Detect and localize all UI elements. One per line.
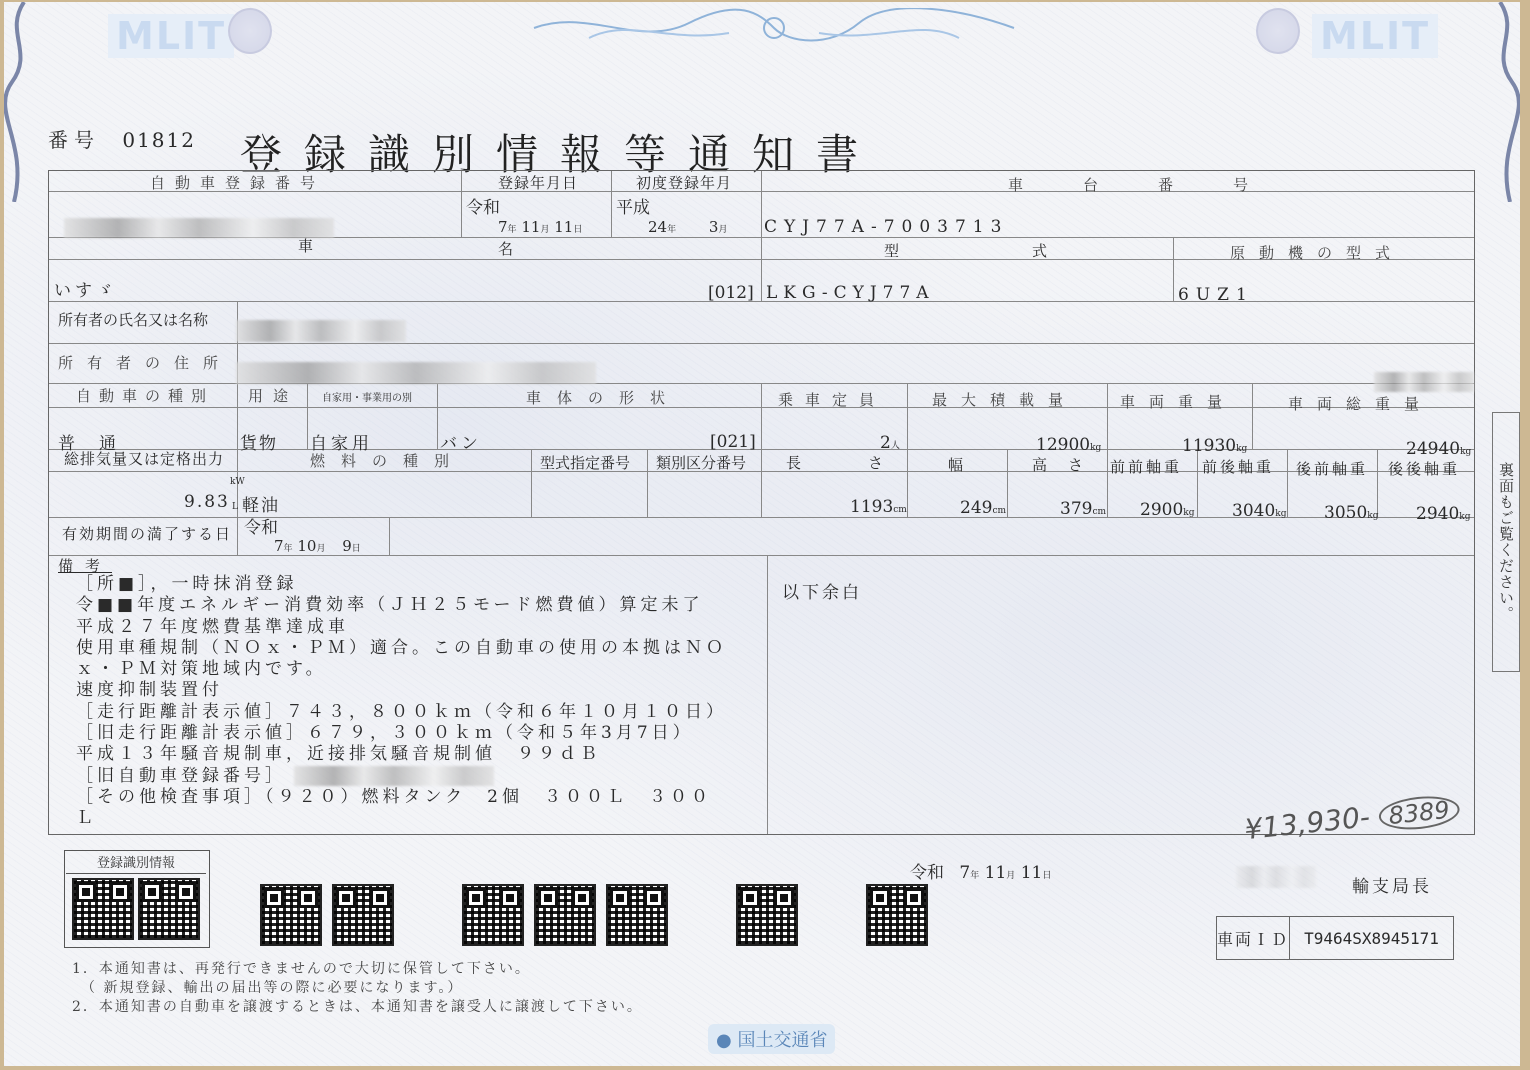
remarks-line: 令■■年度エネルギー消費効率（ＪＨ２５モード燃費値）算定未了 (76, 595, 727, 616)
doc-number-value: 01812 (122, 128, 196, 152)
height-label-b: さ (1068, 454, 1083, 475)
mlit-watermark-left: MLIT (108, 14, 234, 58)
max-load-value: 12900kg (1036, 435, 1101, 455)
capacity-label: 乗車定員 (778, 389, 886, 410)
car-name-label-a: 車 (298, 235, 313, 256)
body-shape-label: 車体の形状 (526, 387, 681, 408)
model-designation-label: 型式指定番号 (540, 452, 630, 473)
use-value: 貨物 (240, 429, 278, 454)
use-label: 用途 (248, 385, 298, 406)
length-label-a: 長 (786, 452, 801, 473)
capacity-value: 2人 (880, 433, 900, 453)
model-code: [012] (708, 283, 754, 303)
note-line: 1．本通知書は、再発行できませんので大切に保管して下さい。 (72, 960, 643, 979)
qr-code-icon (534, 884, 596, 946)
rr-axle-value: 2940kg (1416, 504, 1470, 524)
chassis-number: CYJ77A-7003713 (764, 217, 1008, 237)
remarks-body: ［所■］，一時抹消登録 令■■年度エネルギー消費効率（ＪＨ２５モード燃費値）算定… (76, 574, 727, 830)
car-name-label-b: 名 (498, 238, 513, 259)
ornament-icon (529, 8, 1019, 48)
width-value: 249cm (960, 498, 1006, 518)
fr-axle-value: 3040kg (1232, 501, 1286, 521)
redacted-stamp (1374, 372, 1474, 392)
emblem-icon (1256, 8, 1300, 54)
ministry-emblem-icon: ● (716, 1030, 732, 1051)
length-value: 1193cm (850, 497, 907, 517)
owner-name-label: 所有者の氏名又は名称 (58, 309, 208, 330)
expiry-label: 有効期間の満了する日 (62, 523, 232, 544)
rf-axle-value: 3050kg (1324, 503, 1378, 523)
qr-code-icon (332, 884, 394, 946)
remarks-line: ［旧走行距離計表示値］６７９，３００ｋｍ（令和５年3月7日） (76, 723, 727, 744)
owner-address-label: 所有者の住所 (58, 352, 232, 373)
reg-number-label: 自動車登録番号 (150, 172, 325, 193)
certificate-paper: MLIT MLIT 番号 01812 登録識別情報等通知書 (4, 2, 1520, 1066)
fuel-type-label: 燃料の種別 (310, 450, 465, 471)
height-label-a: 高 (1032, 454, 1047, 475)
first-reg-label: 初度登録年月 (636, 172, 732, 193)
rf-axle-label: 後前軸重 (1296, 458, 1368, 479)
issue-date: 令和 7年 11月 11日 (910, 858, 1051, 883)
remarks-label: 備考 (58, 555, 112, 576)
model-label-b: 式 (1032, 240, 1047, 261)
engine-value: 6UZ1 (1178, 285, 1254, 305)
vehicle-id-value: T9464SX8945171 (1290, 917, 1453, 959)
expiry-era: 令和 (244, 513, 278, 538)
max-load-label: 最大積載量 (932, 389, 1077, 410)
body-code: [021] (710, 432, 756, 452)
mlit-watermark-right: MLIT (1312, 14, 1438, 58)
displacement-unit-l: L (232, 502, 238, 512)
vehicle-weight-label: 車両重量 (1120, 391, 1236, 412)
remarks-line: 速度抑制装置付 (76, 680, 727, 701)
note-line: （ 新規登録、輸出の届出等の際に必要になります。） (72, 979, 643, 998)
height-value: 379cm (1060, 499, 1106, 519)
displacement-label: 総排気量又は定格出力 (64, 448, 224, 469)
width-label: 幅 (948, 454, 963, 475)
see-reverse-note: 裏面もご覧ください。 (1492, 412, 1520, 672)
blank-note: 以下余白 (782, 578, 862, 603)
qr-code-icon (138, 878, 200, 940)
first-reg-era: 平成 (616, 193, 650, 218)
ff-axle-label: 前前軸重 (1110, 456, 1182, 477)
vehicle-weight-value: 11930kg (1182, 436, 1247, 456)
chassis-label: 車台番号 (1008, 174, 1308, 195)
category-number-label: 類別区分番号 (656, 452, 746, 473)
remarks-line: 平成２７年度燃費基準達成車 (76, 617, 727, 638)
corner-ornament-icon (4, 2, 36, 202)
redacted-old-reg-number (294, 766, 494, 786)
ministry-logo: ● 国土交通省 (708, 1024, 835, 1054)
emblem-icon (228, 8, 272, 54)
remarks-line: 平成１３年騒音規制車，近接排気騒音規制値 ９９ｄＢ (76, 744, 727, 765)
remarks-line: Ｌ (76, 808, 727, 829)
redacted-office-name (1236, 866, 1316, 888)
remarks-line: ｘ・ＰＭ対策地域内です。 (76, 659, 727, 680)
remarks-line: 使用車種規制（ＮＯｘ・ＰＭ）適合。この自動車の使用の本拠はＮＯ (76, 638, 727, 659)
qr-code-icon (736, 884, 798, 946)
reg-date-label: 登録年月日 (498, 172, 578, 193)
rr-axle-label: 後後軸重 (1388, 458, 1460, 479)
qr-label: 登録識別情報 (66, 852, 206, 874)
remarks-line: ［所■］，一時抹消登録 (76, 574, 727, 595)
model-label-a: 型 (884, 240, 899, 261)
first-reg-value: 24年 3月 (648, 218, 727, 236)
vehicle-id-box: 車両ＩＤ T9464SX8945171 (1216, 916, 1454, 960)
car-name: いすゞ (54, 276, 117, 301)
displacement-value: 9.83 (184, 492, 230, 512)
length-label-b: さ (868, 452, 883, 473)
qr-code-icon (260, 884, 322, 946)
qr-code-icon (606, 884, 668, 946)
reg-date-era: 令和 (466, 193, 500, 218)
vehicle-type-label: 自動車の種別 (76, 385, 214, 406)
remarks-line: ［走行距離計表示値］７４３，８００ｋｍ（令和６年１０月１０日） (76, 702, 727, 723)
redacted-reg-number (64, 218, 334, 238)
private-label: 自家用・事業用の別 (322, 389, 412, 404)
doc-number-label: 番号 (48, 128, 100, 152)
model-value: LKG-CYJ77A (766, 283, 935, 303)
qr-code-icon (866, 884, 928, 946)
redacted-owner-address (236, 362, 596, 384)
qr-code-icon (72, 878, 134, 940)
footer-notes: 1．本通知書は、再発行できませんので大切に保管して下さい。 （ 新規登録、輸出の… (72, 960, 643, 1017)
expiry-value: 7年 10月 9日 (274, 537, 361, 555)
displacement-unit-kw: kW (230, 477, 245, 487)
gross-weight-value: 24940kg (1406, 439, 1471, 459)
gross-weight-label: 車両総重量 (1288, 393, 1433, 414)
engine-label: 原動機の型式 (1230, 242, 1404, 263)
doc-number: 番号 01812 (48, 124, 196, 153)
note-line: 2．本通知書の自動車を譲渡するときは、本通知書を譲受人に譲渡して下さい。 (72, 998, 643, 1017)
reg-date-value: 7年 11月 11日 (498, 218, 582, 236)
redacted-owner-name (236, 320, 406, 342)
fr-axle-label: 前後軸重 (1202, 456, 1274, 477)
qr-code-icon (462, 884, 524, 946)
ff-axle-value: 2900kg (1140, 500, 1194, 520)
corner-ornament-icon (1488, 2, 1520, 202)
vehicle-id-label: 車両ＩＤ (1217, 917, 1290, 959)
issuer-title: 輸支局長 (1352, 872, 1432, 897)
remarks-line: ［その他検査事項］（９２０）燃料タンク 2個 ３００Ｌ ３００ (76, 787, 727, 808)
